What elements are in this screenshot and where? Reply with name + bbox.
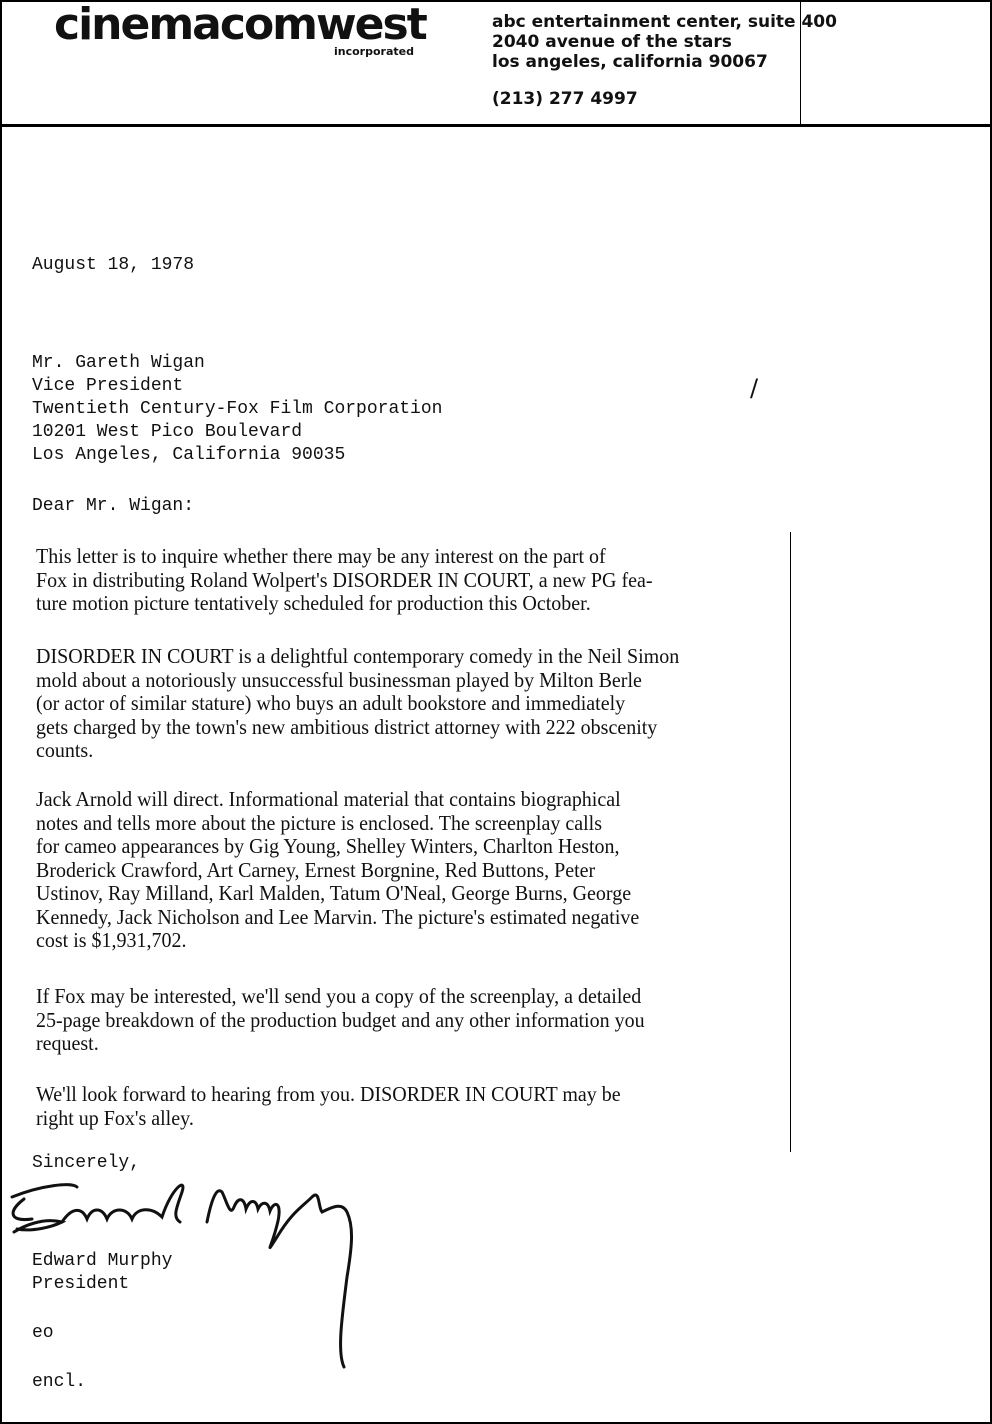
paragraph-4: If Fox may be interested, we'll send you… [36, 985, 920, 1056]
letter-date: August 18, 1978 [32, 254, 194, 277]
company-logo: cinemacomwest [54, 2, 426, 48]
address-line: abc entertainment center, suite 400 [492, 12, 837, 32]
paragraph-5: We'll look forward to hearing from you. … [36, 1083, 920, 1130]
text-line: notes and tells more about the picture i… [36, 812, 920, 836]
text-line: gets charged by the town's new ambitious… [36, 716, 920, 740]
text-line: Ustinov, Ray Milland, Karl Malden, Tatum… [36, 882, 920, 906]
letter-page: cinemacomwest incorporated abc entertain… [0, 0, 992, 1424]
text-line: If Fox may be interested, we'll send you… [36, 985, 920, 1009]
text-line: ture motion picture tentatively schedule… [36, 592, 920, 616]
text-line: Kennedy, Jack Nicholson and Lee Marvin. … [36, 906, 920, 930]
text-line: Jack Arnold will direct. Informational m… [36, 788, 920, 812]
typist-initials: eo [32, 1322, 54, 1345]
text-line: 25-page breakdown of the production budg… [36, 1009, 920, 1033]
address-line: los angeles, california 90067 [492, 52, 837, 72]
address-line: 2040 avenue of the stars [492, 32, 837, 52]
recipient-line: Los Angeles, California 90035 [32, 444, 442, 467]
scan-artifact-line [790, 532, 791, 1152]
text-line: right up Fox's alley. [36, 1107, 920, 1131]
text-line: counts. [36, 739, 920, 763]
text-line: (or actor of similar stature) who buys a… [36, 692, 920, 716]
paragraph-1: This letter is to inquire whether there … [36, 545, 920, 616]
paragraph-2: DISORDER IN COURT is a delightful contem… [36, 645, 920, 763]
recipient-line: Twentieth Century-Fox Film Corporation [32, 398, 442, 421]
enclosure-note: encl. [32, 1371, 86, 1394]
recipient-line: 10201 West Pico Boulevard [32, 421, 442, 444]
text-line: This letter is to inquire whether there … [36, 545, 920, 569]
text-line: Broderick Crawford, Art Carney, Ernest B… [36, 859, 920, 883]
paragraph-3: Jack Arnold will direct. Informational m… [36, 788, 920, 953]
recipient-line: Mr. Gareth Wigan [32, 352, 442, 375]
closing: Sincerely, [32, 1152, 140, 1175]
signer-title: President [32, 1273, 129, 1296]
letterhead-phone: (213) 277 4997 [492, 89, 638, 109]
pen-mark: / [750, 374, 758, 402]
recipient-block: Mr. Gareth Wigan Vice President Twentiet… [32, 352, 442, 467]
letterhead-address: abc entertainment center, suite 400 2040… [492, 12, 837, 72]
text-line: request. [36, 1032, 920, 1056]
text-line: cost is $1,931,702. [36, 929, 920, 953]
header-divider [2, 124, 990, 127]
company-suffix: incorporated [334, 45, 414, 58]
recipient-line: Vice President [32, 375, 442, 398]
text-line: DISORDER IN COURT is a delightful contem… [36, 645, 920, 669]
text-line: Fox in distributing Roland Wolpert's DIS… [36, 569, 920, 593]
signer-name: Edward Murphy [32, 1250, 172, 1273]
text-line: for cameo appearances by Gig Young, Shel… [36, 835, 920, 859]
salutation: Dear Mr. Wigan: [32, 495, 194, 518]
scan-artifact-line [800, 2, 801, 126]
text-line: mold about a notoriously unsuccessful bu… [36, 669, 920, 693]
text-line: We'll look forward to hearing from you. … [36, 1083, 920, 1107]
